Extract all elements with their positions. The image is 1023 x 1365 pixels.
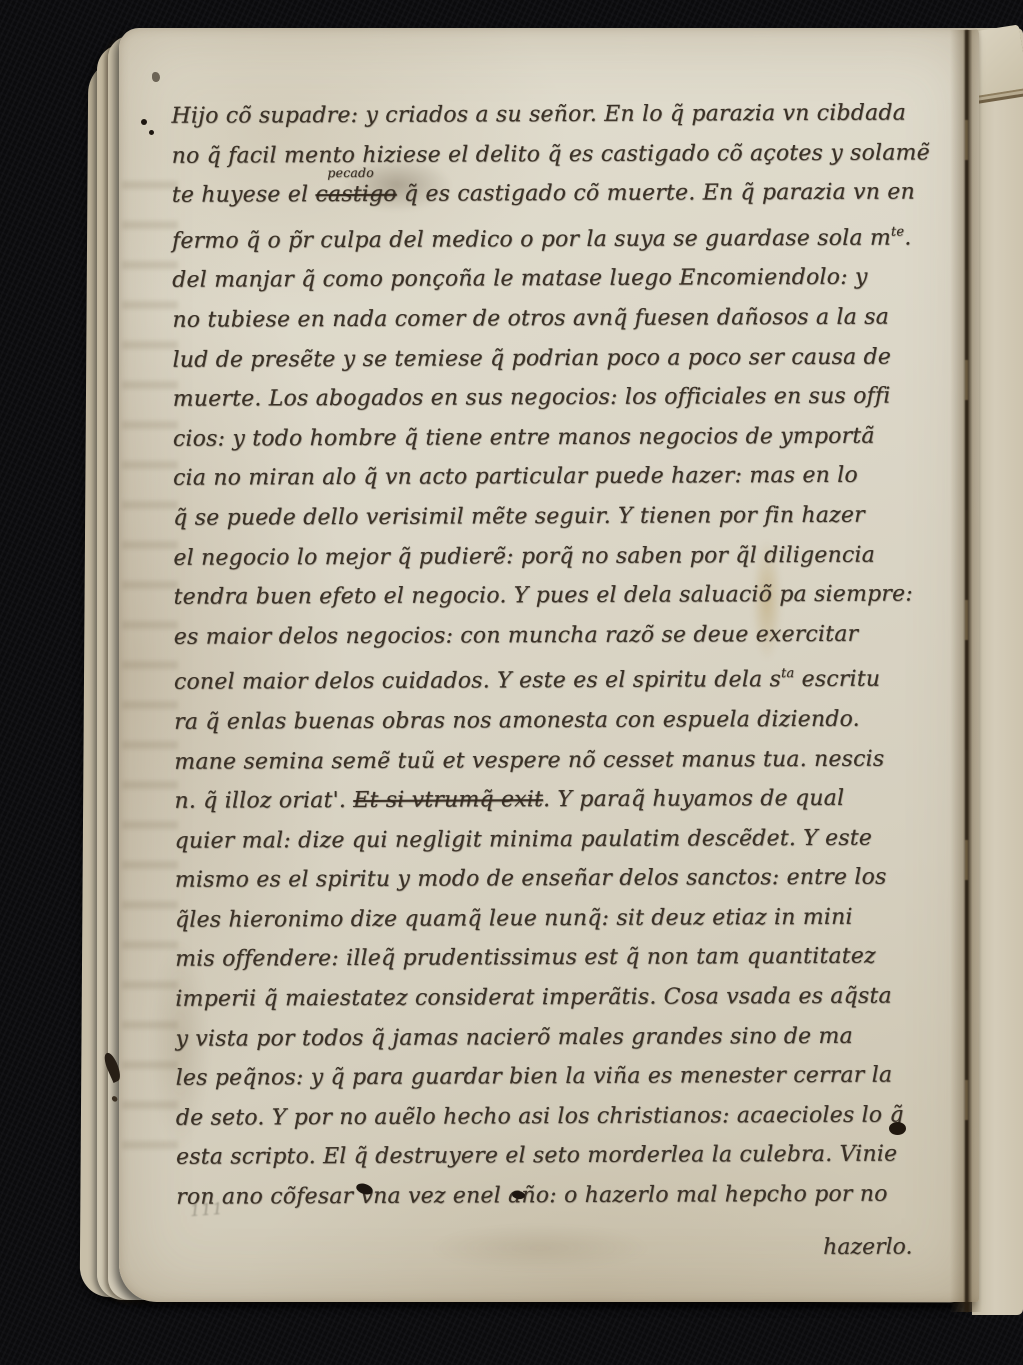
manuscript-line: es maior delos negocios: con muncha razõ… — [174, 614, 976, 657]
manuscript-line: de seto. Y por no auẽlo hecho asi los ch… — [176, 1095, 978, 1138]
interlinear-correction: pecado — [327, 167, 374, 179]
photo-background: Hijo cõ supadre: y criados a su señor. E… — [0, 0, 1023, 1365]
manuscript-line: cia no miran alo q̃ vn acto particular p… — [173, 456, 975, 499]
manuscript-line: no q̃ facil mento hiziese el delito q̃ e… — [172, 133, 974, 176]
manuscript-text-block: Hijo cõ supadre: y criados a su señor. E… — [171, 93, 978, 1270]
manuscript-line: muerte. Los abogados en sus negocios: lo… — [173, 376, 975, 419]
catchword: hazerlo. — [176, 1227, 978, 1270]
manuscript-line: no tubiese en nada comer de otros avnq̃ … — [172, 297, 974, 340]
manuscript-line: esta scripto. El q̃ destruyere el seto m… — [176, 1135, 978, 1178]
manuscript-line: mismo es el spiritu y modo de enseñar de… — [175, 858, 977, 901]
manuscript-line: ra q̃ enlas buenas obras nos amonesta co… — [174, 699, 976, 742]
manuscript-line: te huyese el castigopecado q̃ es castiga… — [172, 172, 974, 215]
manuscript-line: mane semina semẽ tuũ et vespere nõ cesse… — [174, 739, 976, 782]
manuscript-line: q̃les hieronimo dize quamq̃ leue nunq̃: … — [175, 897, 977, 940]
manuscript-line: les peq̃nos: y q̃ para guardar bien la v… — [176, 1055, 978, 1098]
manuscript-line: quier mal: dize qui negligit minima paul… — [175, 818, 977, 861]
manuscript-line: y vista por todos q̃ jamas nacierõ males… — [175, 1016, 977, 1059]
manuscript-line: conel maior delos cuidados. Y este es el… — [174, 654, 976, 703]
manuscript-line: tendra buen efeto el negocio. Y pues el … — [174, 574, 976, 617]
manuscript-line: ron ano cõfesar vna vez enel año: o haze… — [176, 1174, 978, 1217]
manuscript-line: Hijo cõ supadre: y criados a su señor. E… — [171, 93, 973, 136]
manuscript-line: q̃ se puede dello verisimil mẽte seguir.… — [173, 495, 975, 538]
manuscript-line: fermo q̃ o p̃r culpa del medico o por la… — [172, 212, 974, 261]
manuscript-line: imperii q̃ maiestatez considerat imperãt… — [175, 976, 977, 1019]
manuscript-line: lud de presẽte y se temiese q̃ podrian p… — [173, 337, 975, 380]
manuscript-line: del manjar q̃ como ponçoña le matase lue… — [172, 258, 974, 301]
foliation-mark: 111 — [189, 1199, 224, 1220]
manuscript-line: cios: y todo hombre q̃ tiene entre manos… — [173, 416, 975, 459]
manuscript-line: el negocio lo mejor q̃ pudierẽ: porq̃ no… — [173, 535, 975, 578]
manuscript-line: mis offendere: illeq̃ prudentissimus est… — [175, 937, 977, 980]
manuscript-line: n. q̃ illoz oriat'. Et si vtrumq̃ exit. … — [174, 778, 976, 821]
